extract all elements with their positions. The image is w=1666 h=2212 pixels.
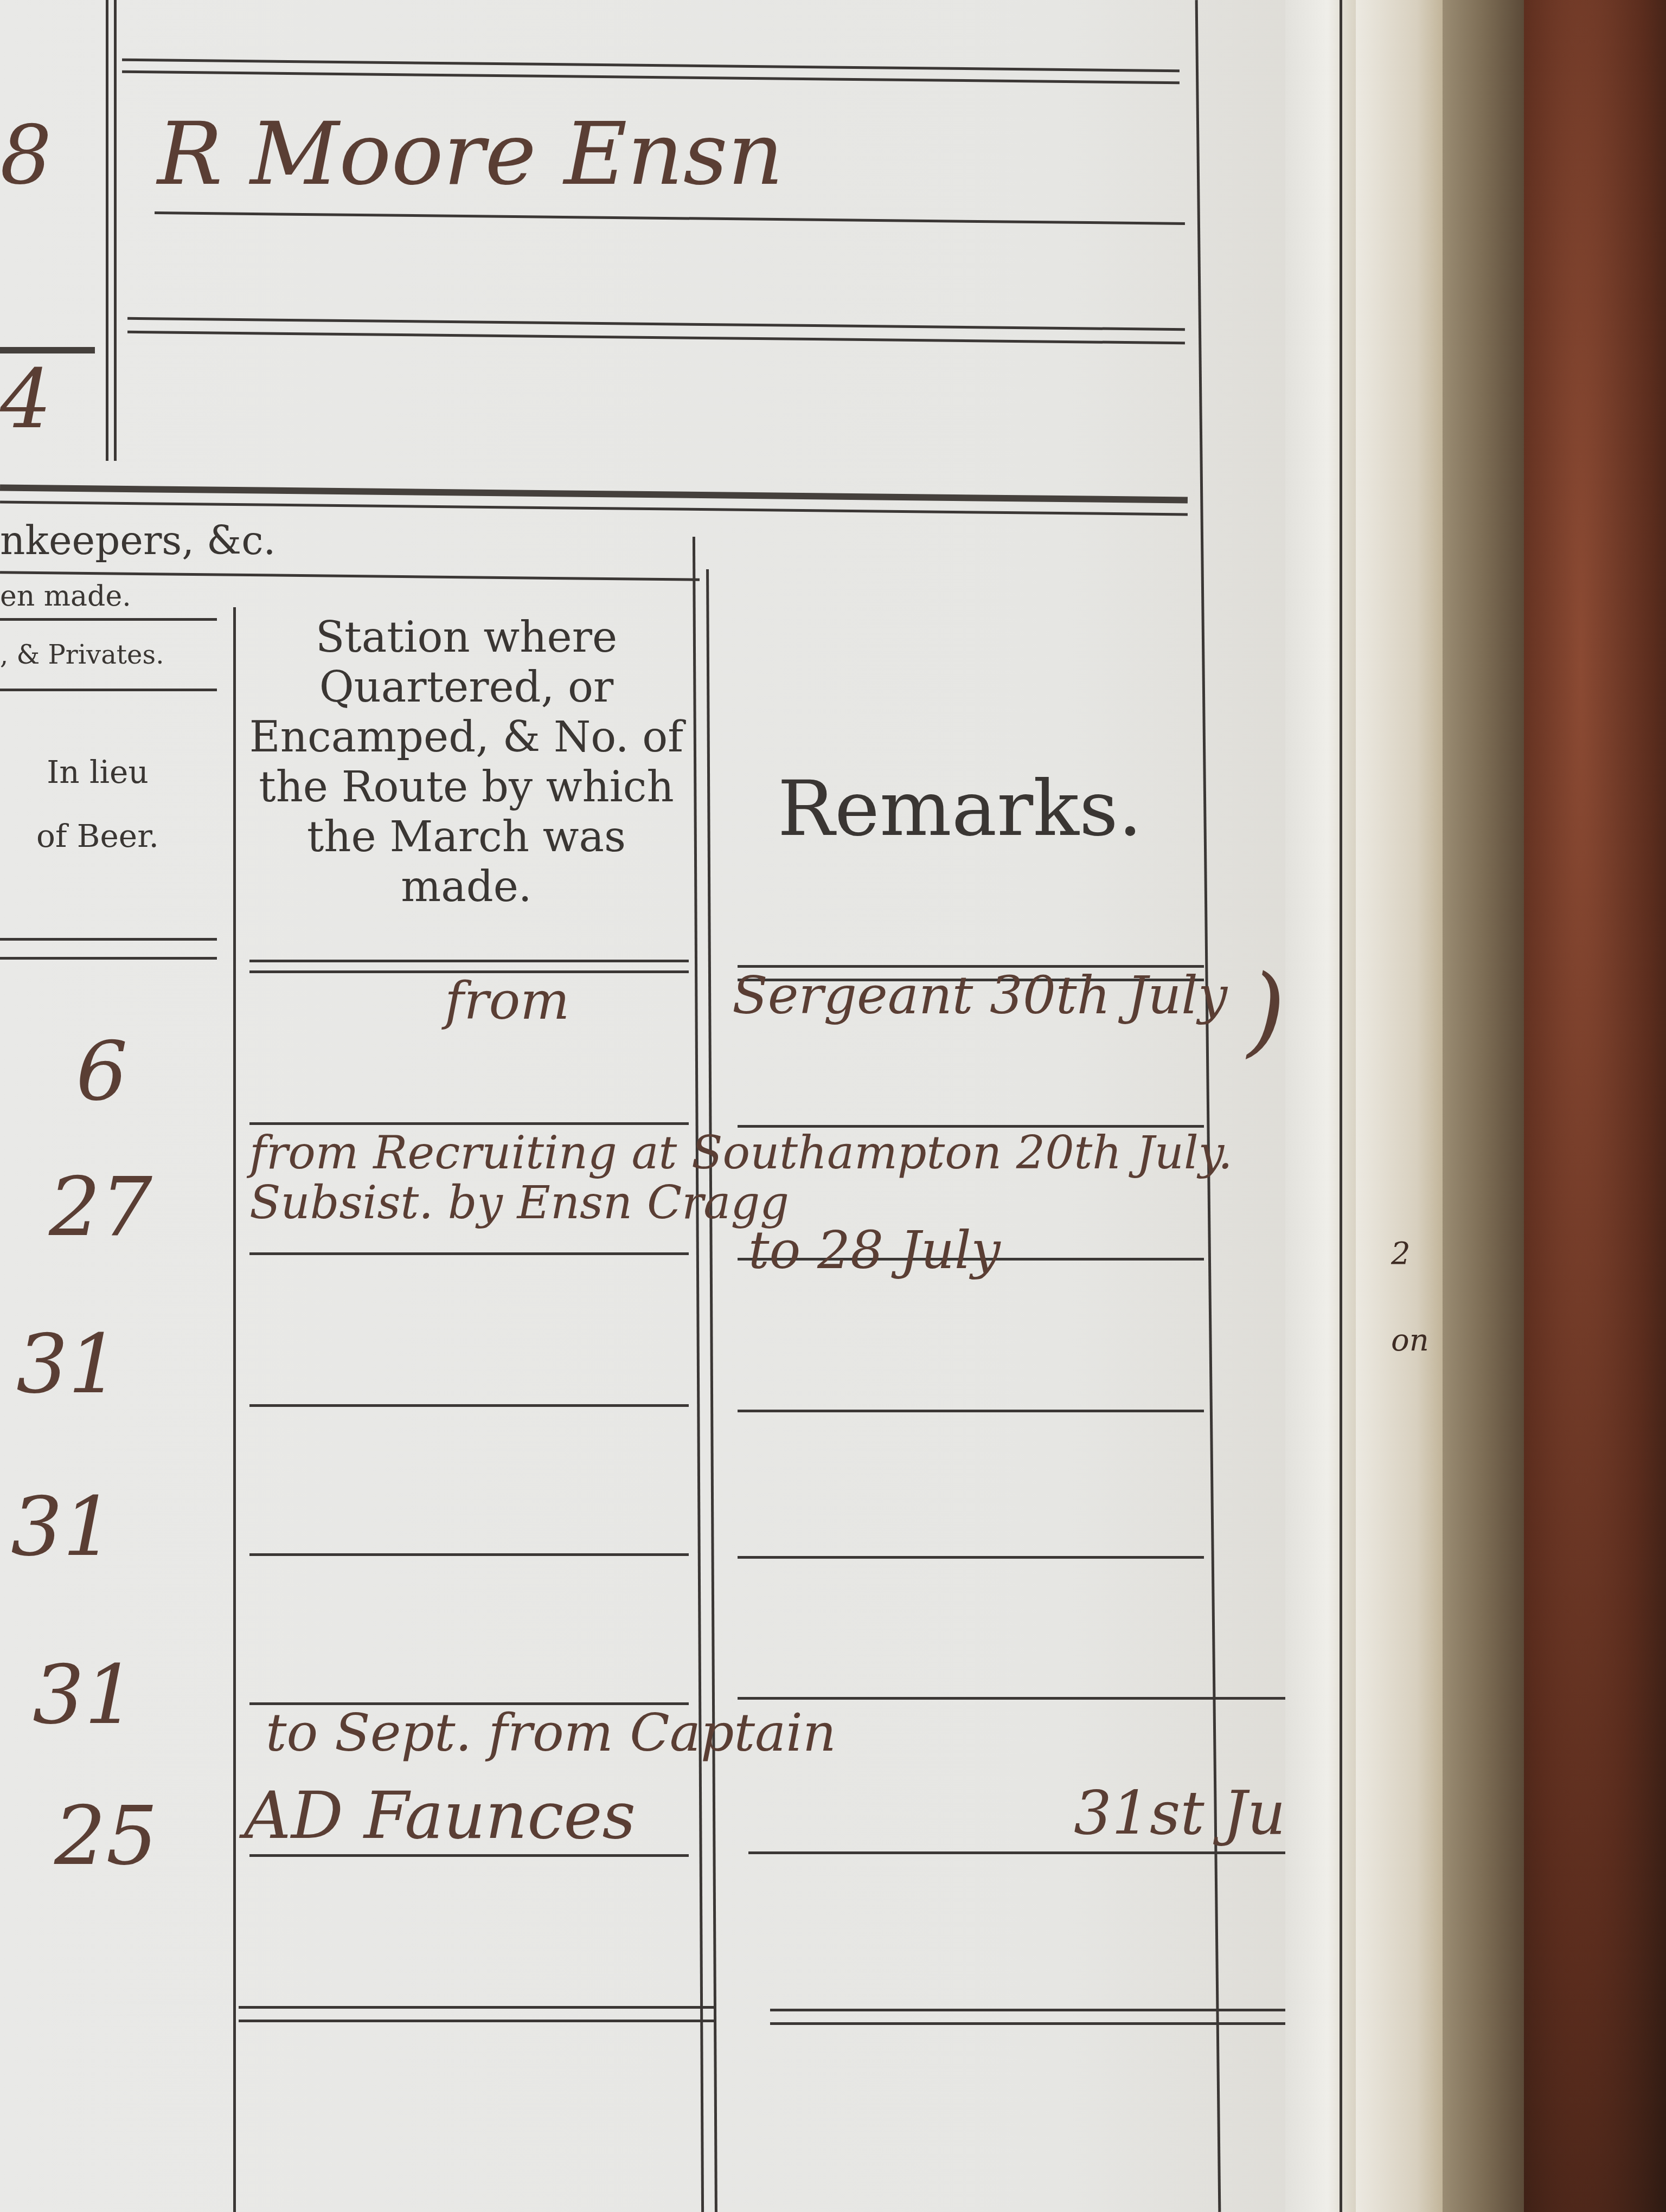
rule-line bbox=[770, 2009, 1312, 2011]
row-1-station: from bbox=[445, 970, 569, 1031]
rule-line bbox=[738, 1556, 1204, 1559]
row-4-beer-value: 31 bbox=[11, 1480, 114, 1574]
rule-line bbox=[239, 2020, 716, 2022]
margin-note: 2 bbox=[1391, 1236, 1411, 1271]
rule-line bbox=[0, 618, 217, 621]
rule-line bbox=[249, 1553, 689, 1556]
partial-entry-mark: 8 bbox=[0, 108, 52, 203]
ledger-page: 8 R Moore Ensn 4 nkeepers, &c. en made. … bbox=[0, 0, 1334, 2212]
section-rule bbox=[0, 485, 1188, 504]
rule-line bbox=[155, 211, 1185, 225]
rule-line bbox=[0, 571, 700, 581]
row-5-beer-value: 31 bbox=[33, 1648, 136, 1742]
header-line-1: In lieu bbox=[5, 754, 190, 790]
rule-line bbox=[122, 70, 1180, 84]
row-5-station: to Sept. from Captain bbox=[266, 1702, 836, 1763]
rule-line bbox=[0, 957, 217, 960]
rule-line bbox=[748, 1851, 1291, 1854]
row-6-beer-value: 25 bbox=[54, 1789, 158, 1883]
column-divider bbox=[233, 607, 236, 2212]
rule-line bbox=[0, 938, 217, 941]
margin-note: on bbox=[1391, 1323, 1429, 1358]
rule-line bbox=[249, 1252, 689, 1255]
column-divider bbox=[706, 569, 717, 2212]
rule-line bbox=[249, 1854, 689, 1857]
sub-heading: en made. bbox=[0, 580, 131, 613]
rule-line bbox=[249, 960, 689, 962]
column-header-in-lieu-of-beer: In lieu of Beer. bbox=[5, 754, 190, 855]
rule-line bbox=[239, 2006, 716, 2009]
page-border bbox=[1195, 0, 1221, 2212]
book-cover bbox=[1524, 0, 1666, 2212]
row-6-station: AD Faunces bbox=[244, 1778, 636, 1854]
row-1-remarks: Sergeant 30th July bbox=[732, 965, 1227, 1026]
section-heading: nkeepers, &c. bbox=[0, 518, 275, 564]
signature: R Moore Ensn bbox=[157, 103, 784, 204]
row-1-beer-value: 6 bbox=[76, 1025, 127, 1119]
row-2-beer-value: 27 bbox=[49, 1160, 152, 1255]
rule-line bbox=[738, 1410, 1204, 1412]
column-divider bbox=[106, 0, 108, 461]
column-header-remarks: Remarks. bbox=[721, 764, 1199, 854]
column-divider bbox=[693, 537, 704, 2212]
row-2-station: from Recruiting at Southampton 20th July… bbox=[249, 1128, 1296, 1228]
page-edge bbox=[1285, 0, 1356, 2212]
header-line-2: of Beer. bbox=[5, 818, 190, 854]
rule-line bbox=[770, 2022, 1312, 2025]
rule-line bbox=[0, 689, 217, 691]
page-border bbox=[1340, 0, 1342, 2212]
rule-line bbox=[249, 1122, 689, 1125]
row-3-beer-value: 31 bbox=[16, 1317, 120, 1412]
rule-line bbox=[249, 1404, 689, 1407]
rule-line bbox=[127, 317, 1185, 331]
rule-line bbox=[122, 59, 1180, 72]
sub-heading-2: , & Privates. bbox=[0, 640, 164, 671]
page-edge bbox=[1356, 0, 1443, 2212]
rule-line bbox=[127, 331, 1185, 344]
partial-entry-mark-2: 4 bbox=[0, 352, 52, 447]
brace-mark: ) bbox=[1247, 954, 1285, 1068]
column-divider bbox=[114, 0, 117, 461]
column-header-station: Station where Quartered, or Encamped, & … bbox=[247, 613, 686, 912]
rule-line bbox=[738, 1697, 1307, 1700]
book-spine bbox=[1443, 0, 1524, 2212]
row-2-remarks: to 28 July bbox=[748, 1220, 1001, 1281]
section-rule bbox=[0, 501, 1188, 516]
